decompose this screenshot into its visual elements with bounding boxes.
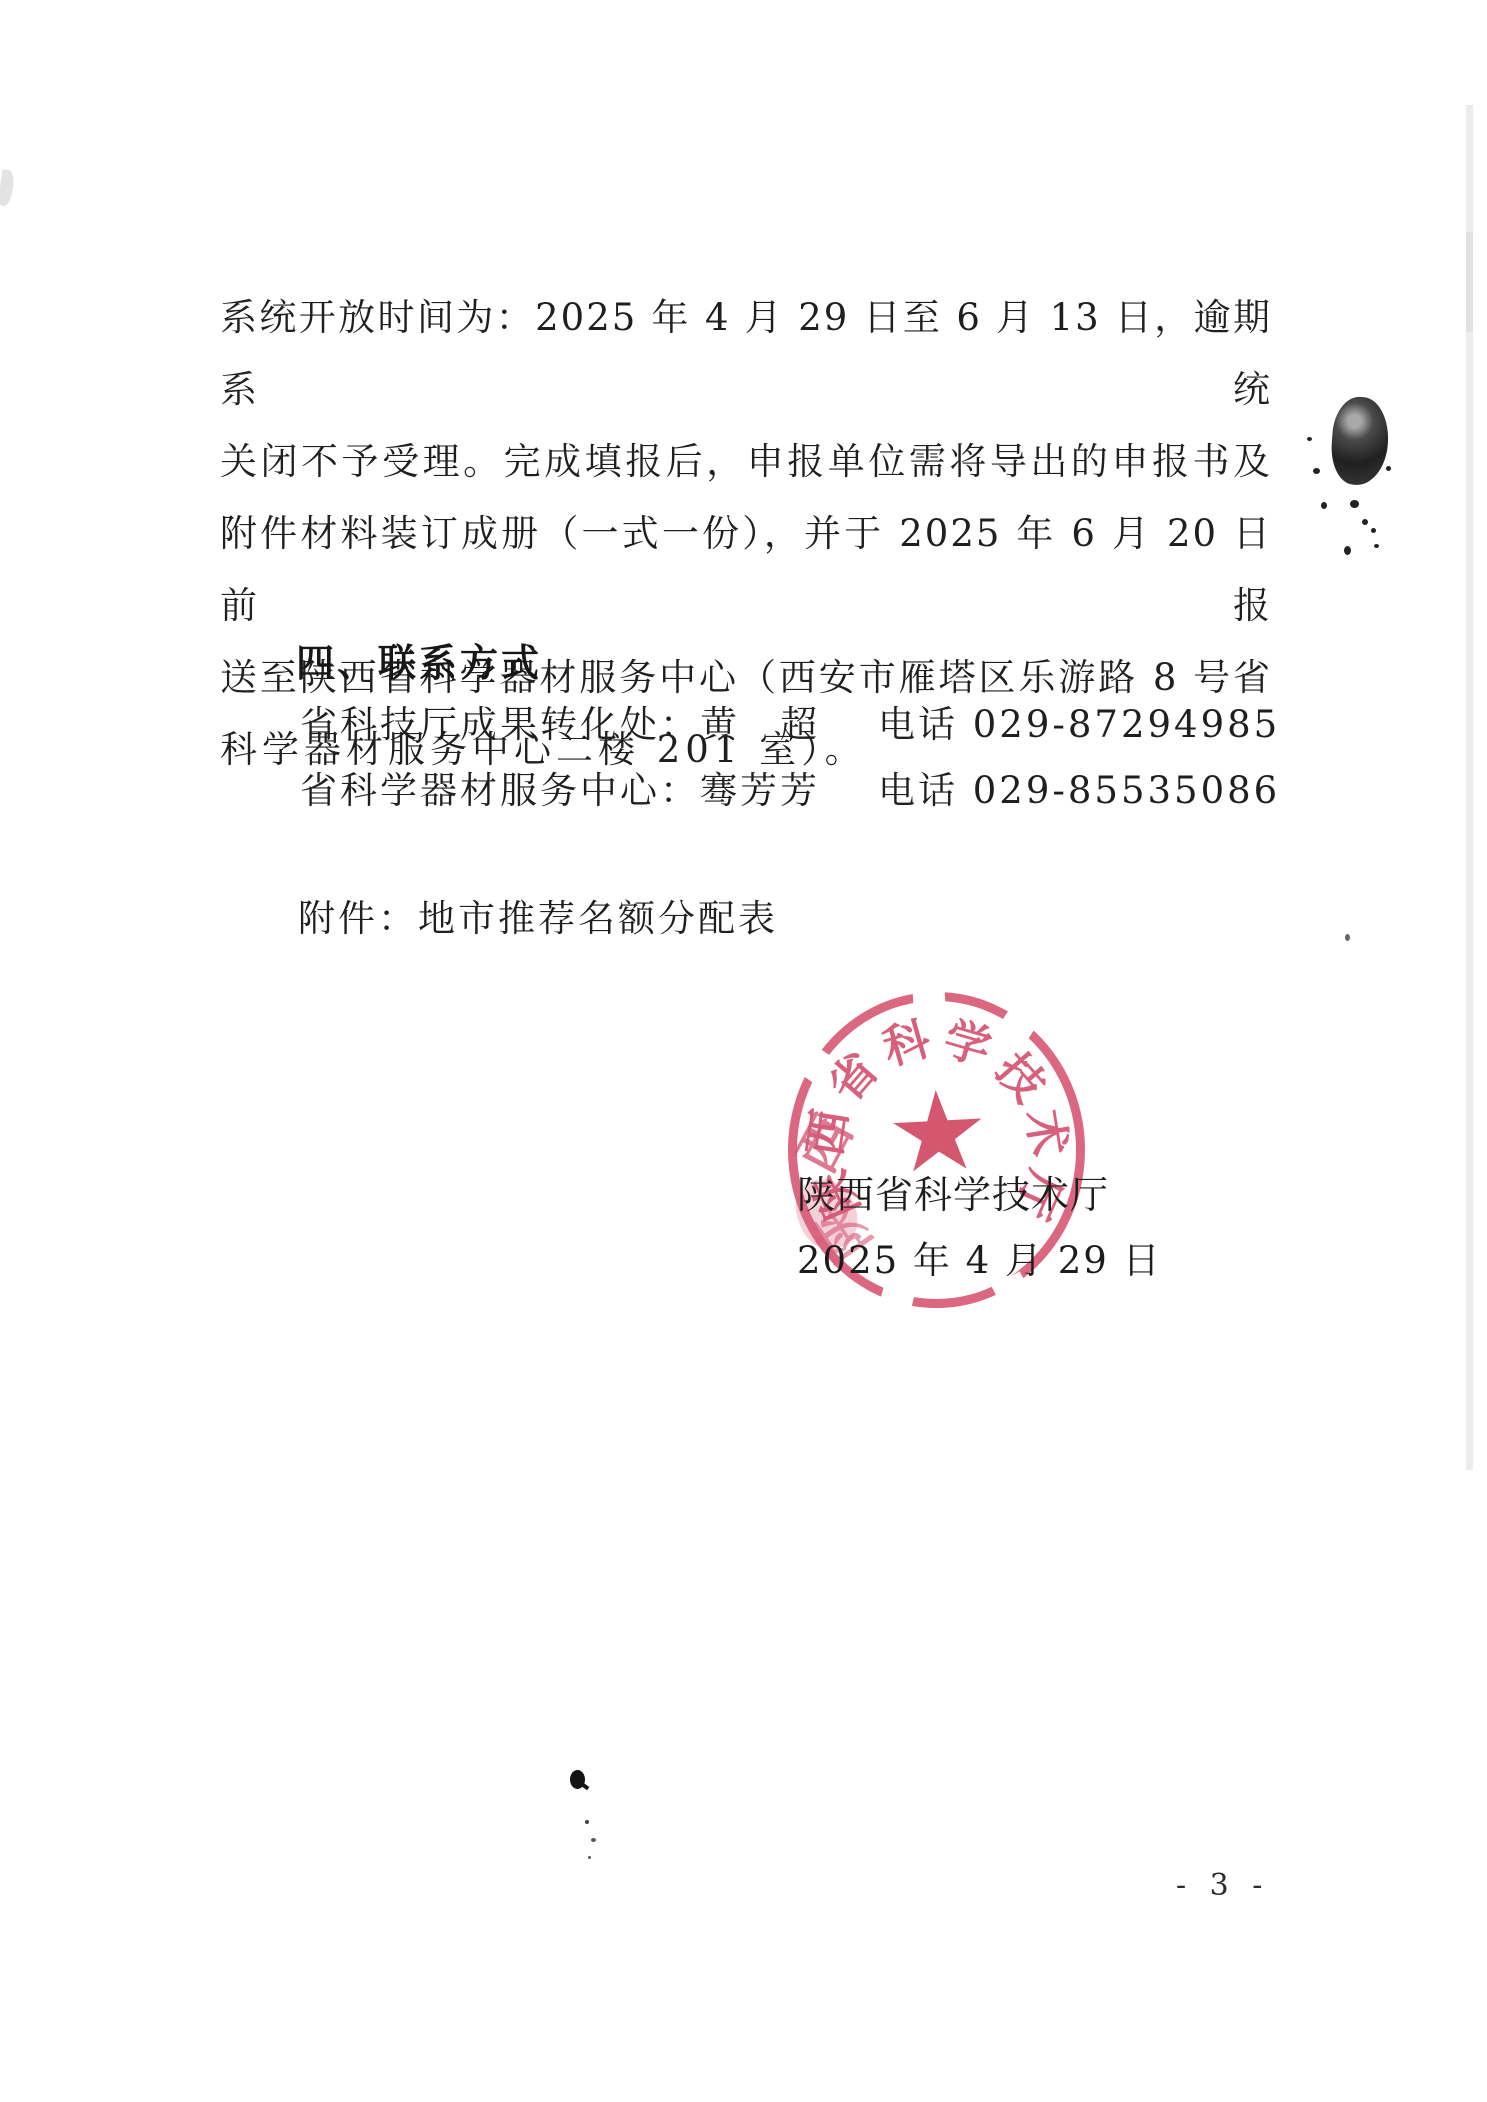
contact-org: 省科技厅成果转化处： xyxy=(300,703,700,746)
ink-speck xyxy=(570,1770,585,1789)
contact-name: 黄 超 xyxy=(700,703,820,746)
ink-speck xyxy=(1313,468,1320,474)
paragraph-line: 系统开放时间为：2025 年 4 月 29 日至 6 月 13 日，逾期系统 xyxy=(220,282,1272,426)
ink-speck xyxy=(591,1838,596,1842)
ink-speck xyxy=(1321,502,1327,509)
scan-edge-artifact xyxy=(1466,232,1473,332)
paragraph-line: 关闭不予受理。完成填报后，申报单位需将导出的申报书及 xyxy=(220,426,1272,498)
contact-phone: 电话 029-87294985 xyxy=(878,703,1280,746)
contact-row: 省科学器材服务中心：骞芳芳电话 029-85535086 xyxy=(300,760,1280,814)
seal-arc-char: 西 xyxy=(794,1102,853,1161)
signature-org: 陕西省科学技术厅 xyxy=(797,1164,1109,1219)
contact-row: 省科技厅成果转化处：黄 超电话 029-87294985 xyxy=(300,694,1280,748)
ink-speck xyxy=(1350,500,1359,508)
scan-edge-artifact xyxy=(0,169,15,206)
scanned-document-page: 系统开放时间为：2025 年 4 月 29 日至 6 月 13 日，逾期系统 关… xyxy=(0,0,1487,2102)
ink-speck xyxy=(1345,934,1350,941)
ink-speck xyxy=(1344,546,1351,555)
ink-speck xyxy=(588,1856,591,1859)
ink-speck xyxy=(1371,528,1376,533)
ink-blot xyxy=(1329,395,1391,487)
ink-speck xyxy=(1386,466,1391,471)
page-number: - 3 - xyxy=(1176,1868,1269,1903)
contact-phone: 电话 029-85535086 xyxy=(878,769,1280,812)
seal-arc-char: 术 xyxy=(1019,1102,1078,1161)
ink-speck xyxy=(585,1820,589,1824)
contact-org: 省科学器材服务中心： xyxy=(300,769,700,812)
ink-speck xyxy=(1307,437,1312,441)
ink-speck xyxy=(1374,544,1379,548)
attachment-line: 附件：地市推荐名额分配表 xyxy=(298,888,778,942)
paragraph-line: 附件材料装订成册（一式一份），并于 2025 年 6 月 20 日前报 xyxy=(220,498,1272,642)
signature-date: 2025 年 4 月 29 日 xyxy=(797,1230,1162,1284)
contact-name: 骞芳芳 xyxy=(700,769,820,812)
seal-ring-gap xyxy=(912,984,945,1004)
ink-speck xyxy=(1362,519,1368,525)
section-heading: 四、联系方式 xyxy=(296,632,542,687)
